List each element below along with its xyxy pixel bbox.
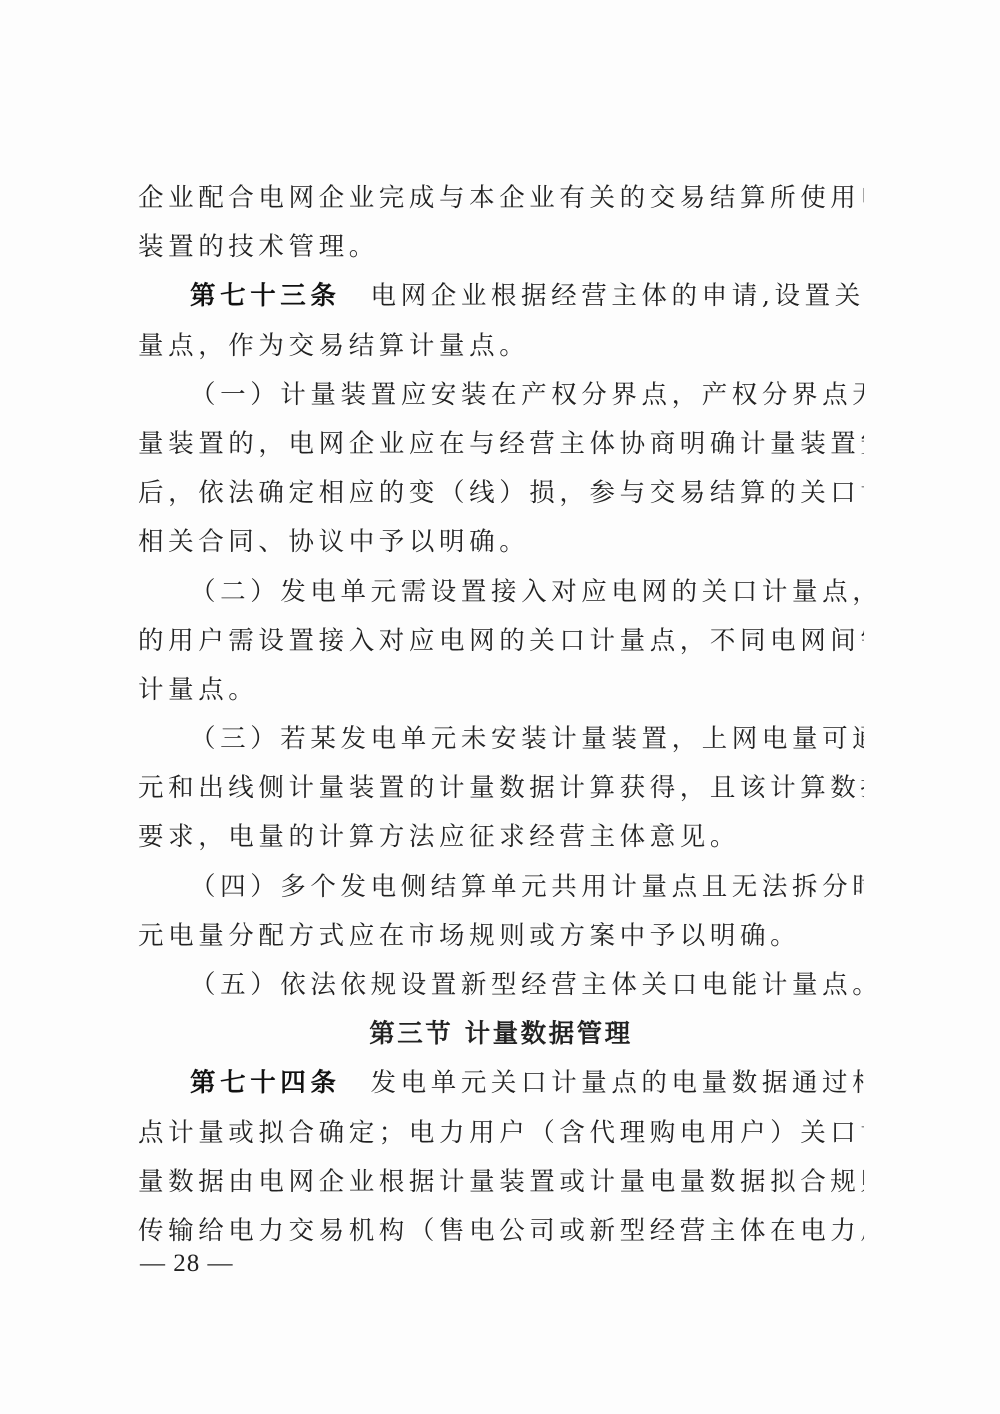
clause-1-line: （一）计量装置应安装在产权分界点，产权分界点无法安装计 (138, 371, 864, 420)
paragraph-line: 企业配合电网企业完成与本企业有关的交易结算所使用电能计量 (138, 174, 864, 223)
paragraph-line: 传输给电力交易机构（售电公司或新型经营主体在电力用户授权下 (138, 1207, 864, 1256)
section-heading: 第三节 计量数据管理 (138, 1010, 864, 1059)
article-text: 发电单元关口计量点的电量数据通过相关计量 (371, 1068, 864, 1098)
page-number: — 28 — (140, 1250, 234, 1278)
clause-3-line: （三）若某发电单元未安装计量装置，上网电量可通过其他单 (138, 715, 864, 764)
paragraph-line: 量点，作为交易结算计量点。 (138, 322, 864, 371)
article-number: 第七十四条 (190, 1068, 341, 1098)
paragraph-line: 相关合同、协议中予以明确。 (138, 518, 864, 567)
clause-5-line: （五）依法依规设置新型经营主体关口电能计量点。 (138, 961, 864, 1010)
paragraph-line: 要求，电量的计算方法应征求经营主体意见。 (138, 813, 864, 862)
clause-4-line: （四）多个发电侧结算单元共用计量点且无法拆分时，结算单 (138, 863, 864, 912)
clause-2-line: （二）发电单元需设置接入对应电网的关口计量点，参与市场 (138, 568, 864, 617)
paragraph-line: 装置的技术管理。 (138, 223, 864, 272)
document-page: 企业配合电网企业完成与本企业有关的交易结算所使用电能计量 装置的技术管理。 第七… (138, 174, 864, 1256)
article-74-line: 第七十四条发电单元关口计量点的电量数据通过相关计量 (138, 1059, 864, 1108)
paragraph-line: 量装置的，电网企业应在与经营主体协商明确计量装置安装位置 (138, 420, 864, 469)
paragraph-line: 计量点。 (138, 666, 864, 715)
article-73-line: 第七十三条电网企业根据经营主体的申请,设置关口电能计 (138, 272, 864, 321)
article-text: 电网企业根据经营主体的申请,设置关口电能计 (371, 281, 864, 311)
paragraph-line: 点计量或拟合确定；电力用户（含代理购电用户）关口计量点的电 (138, 1109, 864, 1158)
article-number: 第七十三条 (190, 281, 341, 311)
paragraph-line: 量数据由电网企业根据计量装置或计量电量数据拟合规则确定，并 (138, 1158, 864, 1207)
paragraph-line: 元电量分配方式应在市场规则或方案中予以明确。 (138, 912, 864, 961)
paragraph-line: 元和出线侧计量装置的计量数据计算获得，且该计算数据满足结算 (138, 764, 864, 813)
paragraph-line: 后，依法确定相应的变（线）损，参与交易结算的关口计量点应在 (138, 469, 864, 518)
paragraph-line: 的用户需设置接入对应电网的关口计量点，不同电网间需设置关口 (138, 617, 864, 666)
